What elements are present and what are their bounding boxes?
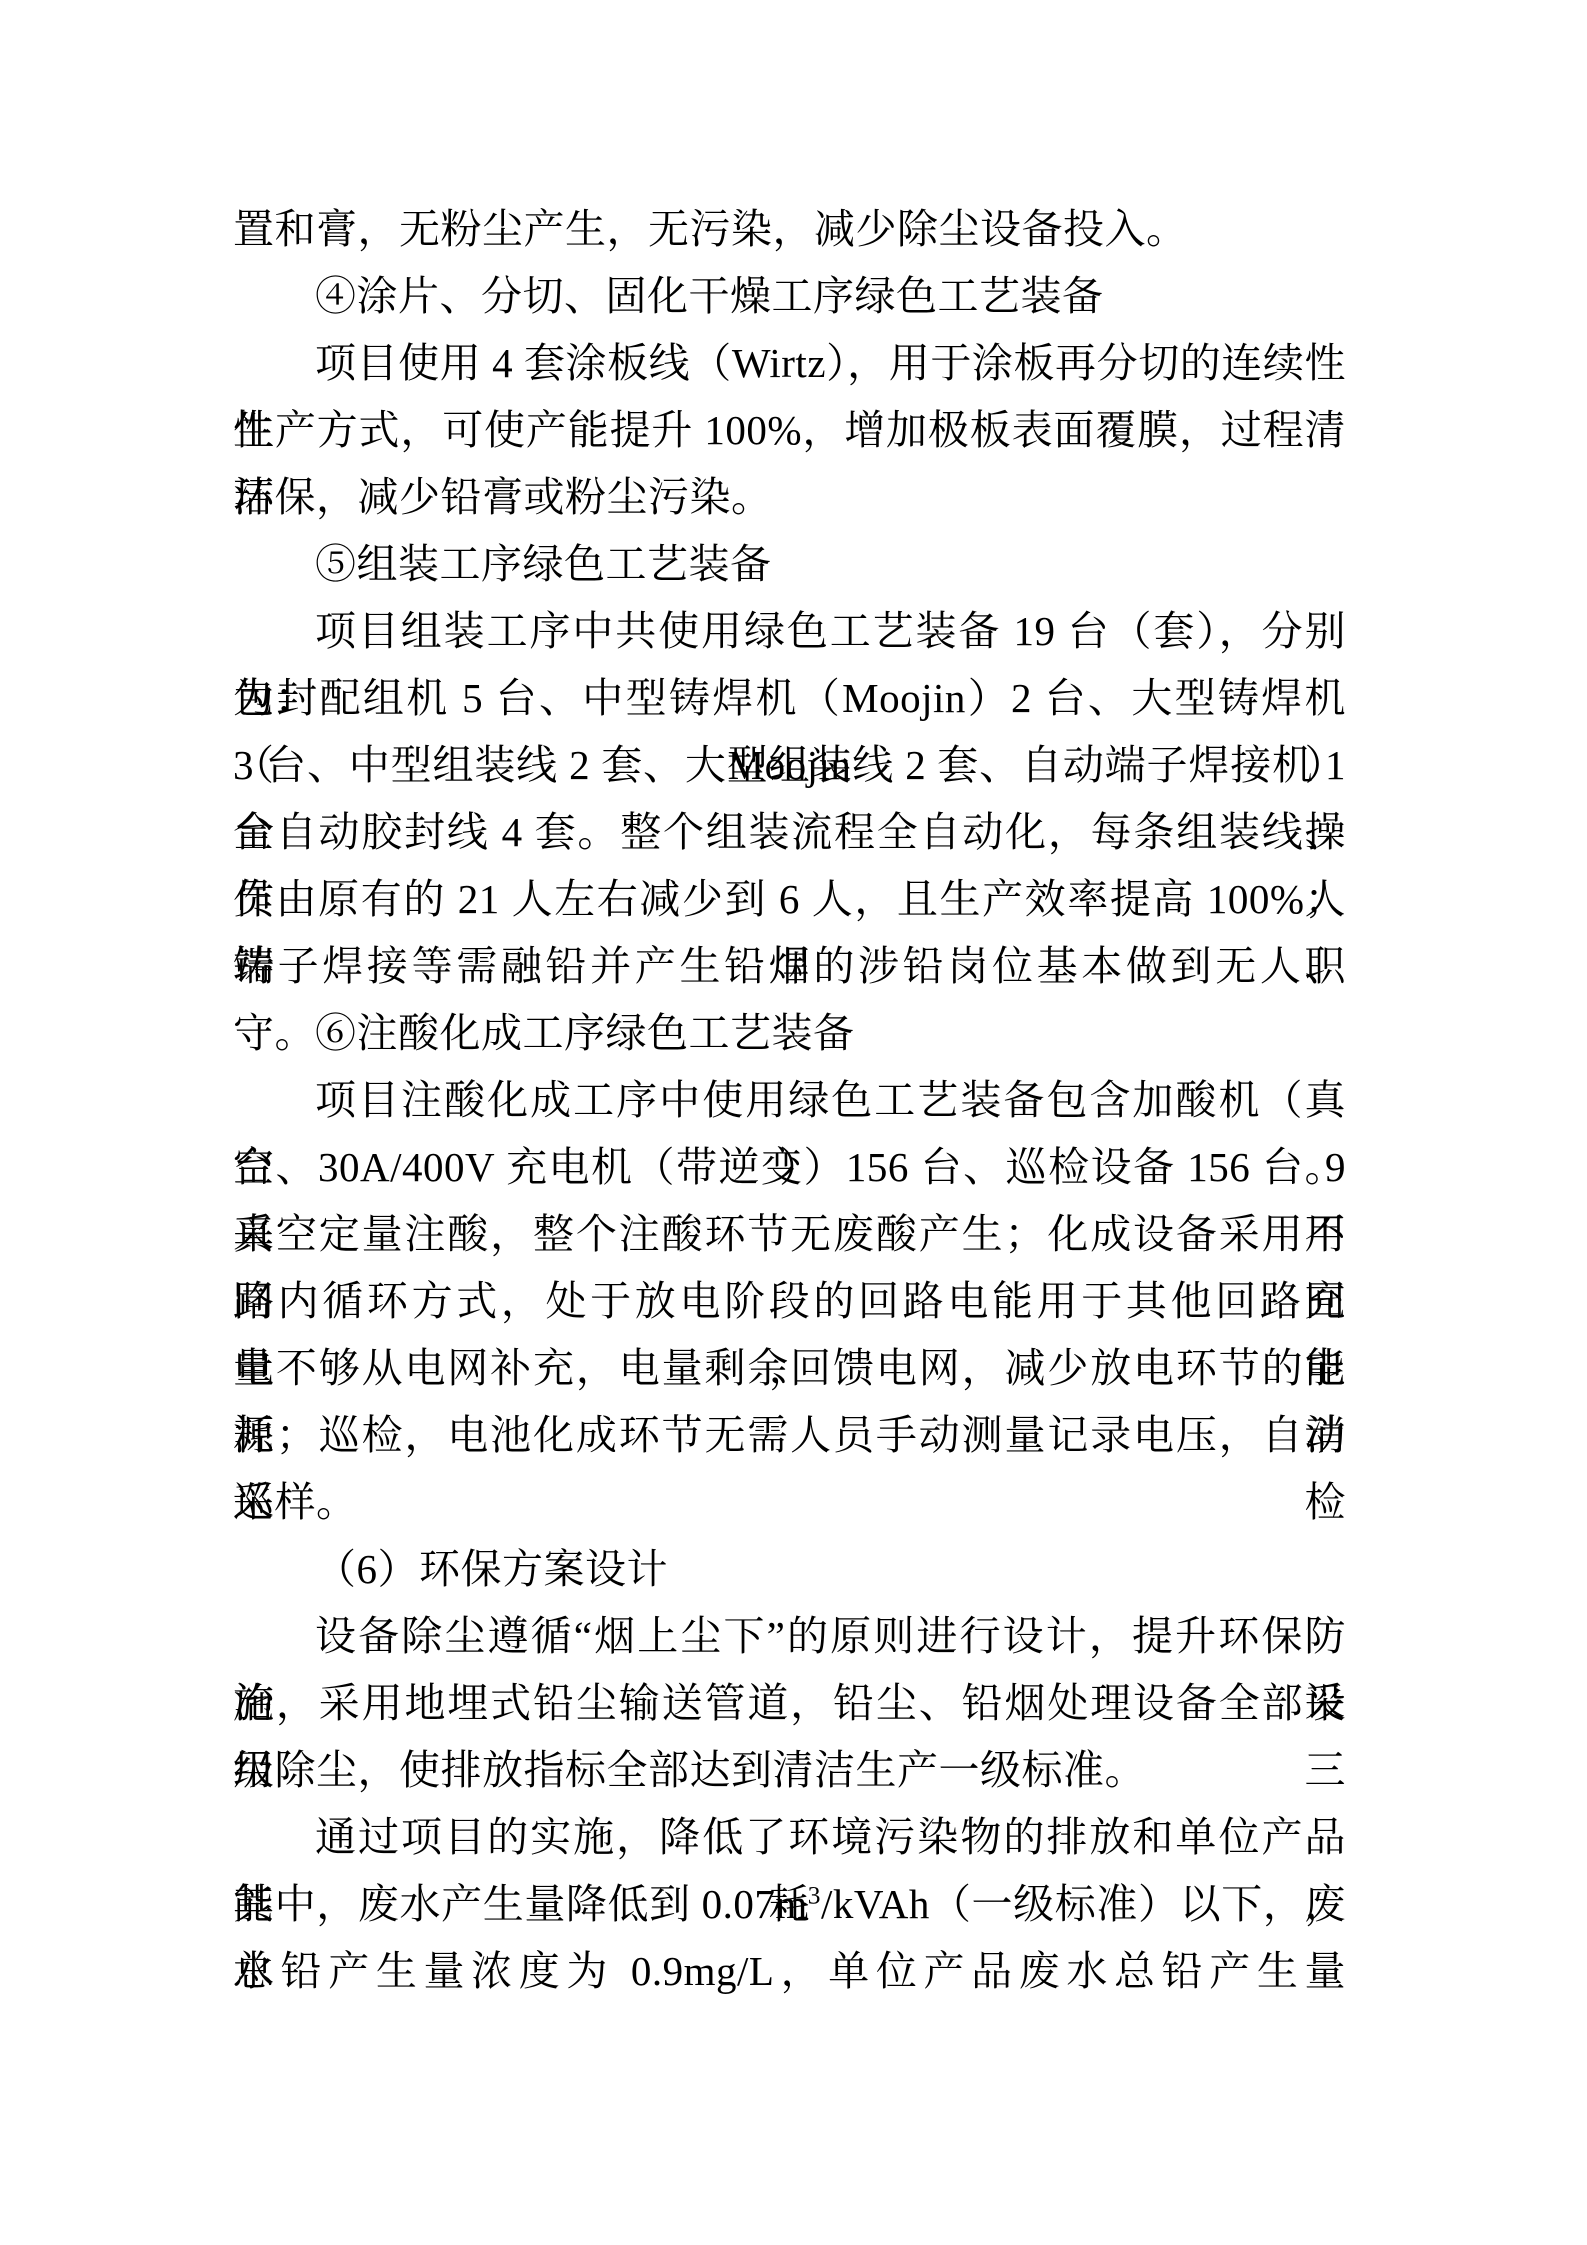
text-line: （6）环保方案设计 xyxy=(233,1536,1346,1603)
text-line: 台、30A/400V 充电机（带逆变）156 台、巡检设备 156 台。采用 xyxy=(233,1134,1346,1201)
text-line: 其中，废水产生量降低到 0.07m3/kVAh（一级标准）以下，废水 xyxy=(233,1871,1346,1938)
text-line: 设备除尘遵循“烟上尘下”的原则进行设计，提升环保防治设 xyxy=(233,1603,1346,1670)
text-line: 生产方式，可使产能提升 100%，增加极板表面覆膜，过程清洁 xyxy=(233,397,1346,464)
text-line: 耗；巡检，电池化成环节无需人员手动测量记录电压，自动巡检 xyxy=(233,1402,1346,1469)
text-line: 员由原有的 21 人左右减少到 6 人，且生产效率提高 100%；铸焊、 xyxy=(233,866,1346,933)
text-line: ⑥注酸化成工序绿色工艺装备 xyxy=(233,1000,1346,1067)
text-line: 包封配组机 5 台、中型铸焊机（Moojin）2 台、大型铸焊机（Moojin） xyxy=(233,665,1346,732)
text-line: 路内循环方式，处于放电阶段的回路电能用于其他回路充电，电 xyxy=(233,1268,1346,1335)
document-text-block: 置和膏，无粉尘产生，无污染，减少除尘设备投入。④涂片、分切、固化干燥工序绿色工艺… xyxy=(233,196,1346,2005)
text-line: 3 台、中型组装线 2 套、大型组装线 2 套、自动端子焊接机 1 台、 xyxy=(233,732,1346,799)
text-line: ⑤组装工序绿色工艺装备 xyxy=(233,531,1346,598)
document-page: 置和膏，无粉尘产生，无污染，减少除尘设备投入。④涂片、分切、固化干燥工序绿色工艺… xyxy=(0,0,1587,2245)
text-line: 施，采用地埋式铅尘输送管道，铅尘、铅烟处理设备全部采用三 xyxy=(233,1670,1346,1737)
text-line: ④涂片、分切、固化干燥工序绿色工艺装备 xyxy=(233,263,1346,330)
text-line: 项目组装工序中共使用绿色工艺装备 19 台（套），分别为： xyxy=(233,598,1346,665)
text-line: 总铅产生量浓度为 0.9mg/L，单位产品废水总铅产生量 xyxy=(233,1938,1346,2005)
text-line: 环保，减少铅膏或粉尘污染。 xyxy=(233,464,1346,531)
text-line: 真空定量注酸，整个注酸环节无废酸产生；化成设备采用不同回 xyxy=(233,1201,1346,1268)
text-line: 全自动胶封线 4 套。整个组装流程全自动化，每条组装线操作人 xyxy=(233,799,1346,866)
text-line: 端子焊接等需融铅并产生铅烟的涉铅岗位基本做到无人职守。 xyxy=(233,933,1346,1000)
text-line: 项目注酸化成工序中使用绿色工艺装备包含加酸机（真空）9 xyxy=(233,1067,1346,1134)
text-line: 量不够从电网补充，电量剩余回馈电网，减少放电环节的能源消 xyxy=(233,1335,1346,1402)
text-line: 置和膏，无粉尘产生，无污染，减少除尘设备投入。 xyxy=(233,196,1346,263)
text-line: 项目使用 4 套涂板线（Wirtz），用于涂板再分切的连续性性 xyxy=(233,330,1346,397)
superscript-text: 3 xyxy=(808,1881,821,1909)
text-line: 通过项目的实施，降低了环境污染物的排放和单位产品能耗， xyxy=(233,1804,1346,1871)
